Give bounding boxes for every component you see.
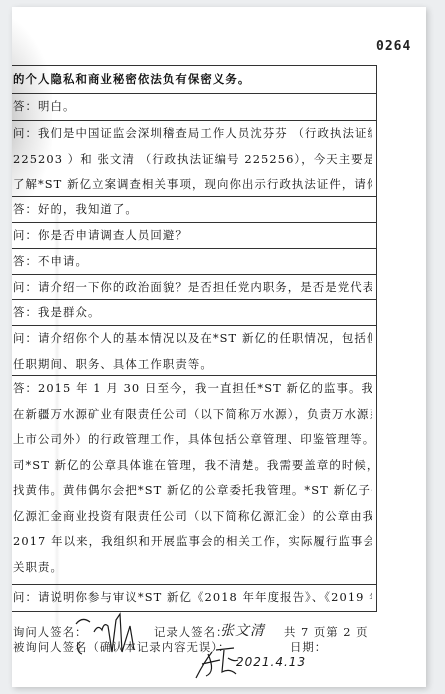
date-label: 日期： <box>290 639 327 655</box>
record-line: 问：你是否申请调查人员回避？ <box>13 223 372 249</box>
record-row-answer: 答：我是群众。 <box>12 300 376 326</box>
record-line: 问：请介绍一下你的政治面貌？是否担任党内职务，是否是党代表 <box>13 275 372 301</box>
record-line: 亿源汇金商业投资有限责任公司（以下简称亿源汇金）的公章由我管理。 <box>13 504 372 530</box>
record-line: 任职期间、职务、具体工作职责等。 <box>13 352 372 378</box>
record-line: 问：请说明你参与审议*ST 新亿《2018 年年度报告》、《2019 年年度报告… <box>13 585 372 611</box>
record-row-question: 问：请介绍一下你的政治面貌？是否担任党内职务，是否是党代表 <box>12 275 376 300</box>
record-line: 2017 年以来，我组织和开展监事会的相关工作，实际履行监事会主席的相 <box>13 529 372 555</box>
record-line: 问：请介绍你个人的基本情况以及在*ST 新亿的任职情况，包括但不限于 <box>13 326 372 352</box>
record-line: 答：我是群众。 <box>13 300 372 326</box>
recorder-signature-label: 记录人签名： <box>154 624 228 640</box>
page-count: 共 7 页第 2 页 <box>284 624 369 640</box>
record-line: 司*ST 新亿的公章具体谁在管理，我不清楚。我需要盖章的时候，一般会 <box>13 453 372 479</box>
record-line: 了解*ST 新亿立案调查相关事项，现向你出示行政执法证件，请你配合。 <box>13 172 372 198</box>
record-row-answer: 答：好的，我知道了。 <box>12 197 376 223</box>
interview-record-table: 的个人隐私和商业秘密依法负有保密义务。 答：明白。 问：我们是中国证监会深圳稽查… <box>12 65 377 612</box>
record-line: 在新疆万水源矿业有限责任公司（以下简称万水源），负责万水源系（除 <box>13 402 372 428</box>
record-line: 问：我们是中国证监会深圳稽查局工作人员沈芬芬 （行政执法证编号 <box>13 121 372 147</box>
record-line: 答：好的，我知道了。 <box>13 197 372 223</box>
record-line: 答：2015 年 1 月 30 日至今，我一直担任*ST 新亿的监事。我的社保关… <box>13 376 372 402</box>
page-number: 0264 <box>376 39 411 54</box>
record-line: 答：不申请。 <box>13 249 372 275</box>
record-row-question: 问：请说明你参与审议*ST 新亿《2018 年年度报告》、《2019 年年度报告… <box>12 585 376 612</box>
record-line: 的个人隐私和商业秘密依法负有保密义务。 <box>13 67 372 93</box>
record-row-answer: 答：不申请。 <box>12 249 376 275</box>
record-row-question: 问：你是否申请调查人员回避？ <box>12 223 376 249</box>
record-row-question: 问：请介绍你个人的基本情况以及在*ST 新亿的任职情况，包括但不限于 任职期间、… <box>12 326 376 376</box>
record-line: 225203 ）和 张文清 （行政执法证编号 225256），今天主要是向你公司 <box>13 147 372 173</box>
record-row: 的个人隐私和商业秘密依法负有保密义务。 <box>12 66 376 94</box>
record-row-answer: 答：2015 年 1 月 30 日至今，我一直担任*ST 新亿的监事。我的社保关… <box>12 376 376 585</box>
record-line: 上市公司外）的行政管理工作，具体包括公章管理、印鉴管理等。上市公 <box>13 427 372 453</box>
record-row-answer: 答：明白。 <box>12 94 376 121</box>
record-row-question: 问：我们是中国证监会深圳稽查局工作人员沈芬芬 （行政执法证编号 225203 ）… <box>12 121 376 197</box>
handwritten-date: 2021.4.13 <box>236 655 306 669</box>
signature-footer: 询问人签名： 记录人签名： 张文清 共 7 页第 2 页 被询问人签名（确认本记… <box>12 622 426 687</box>
document-page: 0264 的个人隐私和商业秘密依法负有保密义务。 答：明白。 问：我们是中国证监… <box>12 7 426 687</box>
recorder-signature: 张文清 <box>220 620 265 640</box>
record-line: 关职责。 <box>13 555 372 581</box>
record-line: 答：明白。 <box>13 94 372 120</box>
record-line: 找黄伟。黄伟偶尔会把*ST 新亿的公章委托我管理。*ST 新亿子公司新疆 <box>13 478 372 504</box>
